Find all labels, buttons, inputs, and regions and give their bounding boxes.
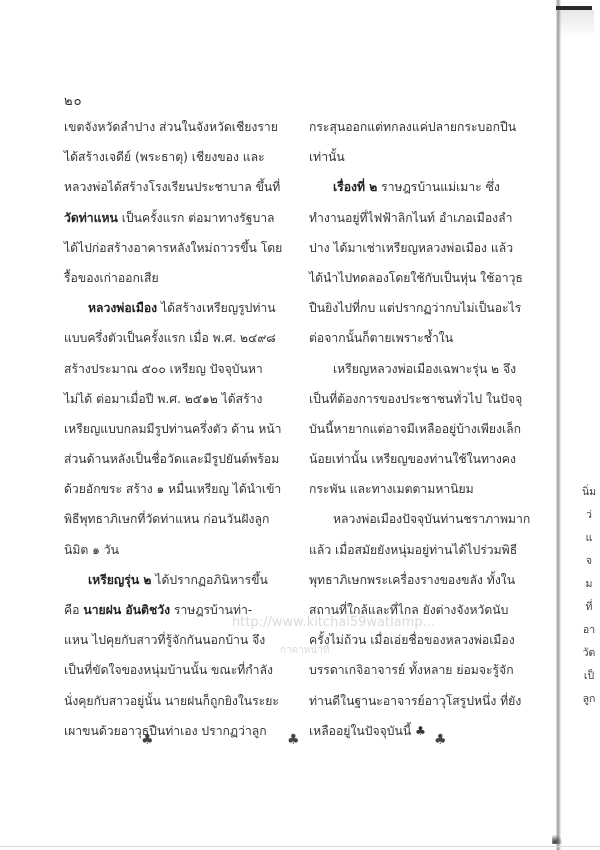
line-text: เหรียญแบบกลมมีรูปท่านครึ่งตัว ด้าน หน้า	[64, 422, 281, 436]
line-text: กระพัน และทางเมตตามหานิยม	[309, 482, 474, 496]
text-line: แล้ว เมื่อสมัยยังหนุ่มอยู่ท่านได้ไปร่วมพ…	[309, 535, 541, 565]
line-text: เขตจังหวัดลำปาง ส่วนในจังหวัดเชียงราย	[64, 120, 278, 134]
page-corner-shadow	[558, 10, 594, 38]
text-line: เหรียญรุ่น ๒ ได้ปรากฏอภินิหารขึ้น	[64, 565, 296, 595]
line-text: ได้ปรากฏอภินิหารขึ้น	[151, 573, 267, 587]
line-text: พุทธาภิเษกพระเครื่องรางของขลัง ทั้งใน	[309, 573, 515, 587]
right-column: กระสุนออกแต่ทกลงแค่ปลายกระบอกปืนเท่านั้น…	[309, 112, 541, 746]
watermark-caption: กาดาหน้าที่	[280, 643, 329, 658]
text-line: เผาขนด้วยอาวุธปืนท่าเอง ปรากฏว่าลูก	[64, 716, 296, 746]
line-text: เท่านั้น	[309, 150, 345, 164]
margin-fragment: ว่	[579, 506, 599, 529]
line-text: ราษฎรบ้านแม่เมาะ ซึ่ง	[377, 180, 500, 194]
text-line: หลวงพ่อได้สร้างโรงเรียนประชาบาล ขึ้นที่	[64, 172, 296, 202]
club-ornament-left: ♣	[141, 732, 154, 748]
line-text: ได้สร้างเหรียญรูปท่าน	[157, 301, 275, 315]
line-text: บันนี้หายากแต่อาจมีเหลืออยู่บ้างเพียงเล็…	[309, 422, 521, 436]
line-text: นิมิต ๑ วัน	[64, 543, 119, 557]
text-line: เหลืออยู่ในปัจจุบันนี้ ♣	[309, 716, 541, 746]
text-line: นั่งคุยกับสาวอยู่นั้น นายฝนก็ถูกยิงในระย…	[64, 686, 296, 716]
line-text: ได้ไปก่อสร้างอาคารหลังใหม่ถาวรขึ้น โดย	[64, 241, 282, 255]
text-line: พุทธาภิเษกพระเครื่องรางของขลัง ทั้งใน	[309, 565, 541, 595]
text-line: ทำงานอยู่ที่ไฟฟ้าลิกไนท์ อำเภอเมืองลำ	[309, 203, 541, 233]
line-text: แหน ไปคุยกับสาวที่รู้จักกันนอกบ้าน จึง	[64, 633, 265, 647]
text-line: นิมิต ๑ วัน	[64, 535, 296, 565]
text-line: แบบครึ่งตัวเป็นครั้งแรก เมื่อ พ.ศ. ๒๔๙๘	[64, 323, 296, 353]
text-line: พิธีพุทธาภิเษกที่วัดท่าแหน ก่อนวันฝังลูก	[64, 504, 296, 534]
text-line: ปืนยิงไปที่กบ แต่ปรากฏว่ากบไม่เป็นอะไร	[309, 293, 541, 323]
line-text: ปืนยิงไปที่กบ แต่ปรากฏว่ากบไม่เป็นอะไร	[309, 301, 521, 315]
margin-fragment: ลูก	[579, 690, 599, 713]
text-line: ด้วยอักขระ สร้าง ๑ หมื่นเหรียญ ได้นำเข้า	[64, 474, 296, 504]
margin-fragment: แ	[579, 529, 599, 552]
line-text: ต่อจากนั้นก็ตายเพราะช้ำใน	[309, 331, 453, 345]
line-text: เป็นครั้งแรก ต่อมาทางรัฐบาล	[118, 211, 275, 225]
line-text: ไม่ได้ ต่อมาเมื่อปี พ.ศ. ๒๕๑๒ ได้สร้าง	[64, 392, 262, 406]
text-line: เหรียญแบบกลมมีรูปท่านครึ่งตัว ด้าน หน้า	[64, 414, 296, 444]
page-binding-edge	[556, 0, 561, 850]
line-text: กระสุนออกแต่ทกลงแค่ปลายกระบอกปืน	[309, 120, 516, 134]
bold-name: นายฝน อันติชวัง	[83, 603, 170, 617]
club-ornament-center: ♣	[287, 732, 300, 748]
text-line: ไม่ได้ ต่อมาเมื่อปี พ.ศ. ๒๕๑๒ ได้สร้าง	[64, 384, 296, 414]
text-line: บันนี้หายากแต่อาจมีเหลืออยู่บ้างเพียงเล็…	[309, 414, 541, 444]
text-line: ได้นำไปทดลองโดยใช้กับเป็นหุ่น ใช้อาวุธ	[309, 263, 541, 293]
bold-term: หลวงพ่อเมือง	[88, 301, 157, 315]
line-text: ส่วนด้านหลังเป็นชื่อวัดและมีรูปยันต์พร้อ…	[64, 452, 279, 466]
page-bottom-edge	[0, 846, 600, 847]
bold-term: เหรียญรุ่น ๒	[88, 573, 151, 587]
line-text: บรรดาเกจิอาจารย์ ทั้งหลาย ย่อมจะรู้จัก	[309, 663, 514, 677]
line-text: แบบครึ่งตัวเป็นครั้งแรก เมื่อ พ.ศ. ๒๔๙๘	[64, 331, 276, 345]
line-text: นั่งคุยกับสาวอยู่นั้น นายฝนก็ถูกยิงในระย…	[64, 694, 279, 708]
line-text: รื้อของเก่าออกเสีย	[64, 271, 159, 285]
line-text: สร้างประมาณ ๕๐๐ เหรียญ ปัจจุบันหา	[64, 362, 263, 376]
margin-fragment: เป็	[579, 667, 599, 690]
line-text: ได้นำไปทดลองโดยใช้กับเป็นหุ่น ใช้อาวุธ	[309, 271, 523, 285]
next-page-margin-text: นิ่มว่แจมที่อาวัดเป็ลูก	[579, 483, 599, 713]
scanned-page: ๒๐ เขตจังหวัดลำปาง ส่วนในจังหวัดเชียงราย…	[0, 0, 600, 850]
line-text: ปาง ได้มาเช่าเหรียญหลวงพ่อเมือง แล้ว	[309, 241, 513, 255]
page-foot-shadow	[552, 834, 562, 844]
text-line: รื้อของเก่าออกเสีย	[64, 263, 296, 293]
club-ornament-right: ♣	[434, 732, 447, 748]
bold-term: เรื่องที่ ๒	[333, 180, 377, 194]
margin-fragment: ที่	[579, 598, 599, 621]
line-text: หลวงพ่อเมืองปัจจุบันท่านชราภาพมาก	[333, 512, 530, 526]
text-line: ท่านดีในฐานะอาจารย์อาวุโสรูปหนึ่ง ที่ยัง	[309, 686, 541, 716]
text-line: เขตจังหวัดลำปาง ส่วนในจังหวัดเชียงราย	[64, 112, 296, 142]
line-text: แล้ว เมื่อสมัยยังหนุ่มอยู่ท่านได้ไปร่วมพ…	[309, 543, 517, 557]
text-line: ได้ไปก่อสร้างอาคารหลังใหม่ถาวรขึ้น โดย	[64, 233, 296, 263]
bold-term: วัดท่าแหน	[64, 211, 118, 225]
page-number: ๒๐	[64, 90, 83, 111]
margin-fragment: นิ่ม	[579, 483, 599, 506]
text-line: หลวงพ่อเมือง ได้สร้างเหรียญรูปท่าน	[64, 293, 296, 323]
text-line: วัดท่าแหน เป็นครั้งแรก ต่อมาทางรัฐบาล	[64, 203, 296, 233]
text-line: ปาง ได้มาเช่าเหรียญหลวงพ่อเมือง แล้ว	[309, 233, 541, 263]
line-text: น้อยเท่านั้น เหรียญของท่านใช้ในทางคง	[309, 452, 516, 466]
line-text: เป็นที่ต้องการของประชาชนทั่วไป ในปัจจุ	[309, 392, 522, 406]
line-text: คือ	[64, 603, 83, 617]
text-line: กระพัน และทางเมตตามหานิยม	[309, 474, 541, 504]
text-line: เท่านั้น	[309, 142, 541, 172]
margin-fragment: ม	[579, 575, 599, 598]
text-line: เป็นที่ขัดใจของหนุ่มบ้านนั้น ขณะที่กำลัง	[64, 655, 296, 685]
watermark-url: http://www.kitchai59watlamp...	[232, 615, 435, 630]
line-text: เหลืออยู่ในปัจจุบันนี้ ♣	[309, 724, 426, 738]
text-line: ต่อจากนั้นก็ตายเพราะช้ำใน	[309, 323, 541, 353]
text-line: ส่วนด้านหลังเป็นชื่อวัดและมีรูปยันต์พร้อ…	[64, 444, 296, 474]
line-text: เผาขนด้วยอาวุธปืนท่าเอง ปรากฏว่าลูก	[64, 724, 267, 738]
text-line: เรื่องที่ ๒ ราษฎรบ้านแม่เมาะ ซึ่ง	[309, 172, 541, 202]
line-text: เหรียญหลวงพ่อเมืองเฉพาะรุ่น ๒ จึง	[333, 362, 516, 376]
text-line: น้อยเท่านั้น เหรียญของท่านใช้ในทางคง	[309, 444, 541, 474]
text-line: กระสุนออกแต่ทกลงแค่ปลายกระบอกปืน	[309, 112, 541, 142]
text-line: สร้างประมาณ ๕๐๐ เหรียญ ปัจจุบันหา	[64, 354, 296, 384]
margin-fragment: จ	[579, 552, 599, 575]
text-line: เหรียญหลวงพ่อเมืองเฉพาะรุ่น ๒ จึง	[309, 354, 541, 384]
line-text: ครั้งไม่ถ้วน เมื่อเอ่ยชื่อของหลวงพ่อเมือ…	[309, 633, 515, 647]
margin-fragment: อา	[579, 621, 599, 644]
line-text: หลวงพ่อได้สร้างโรงเรียนประชาบาล ขึ้นที่	[64, 180, 280, 194]
margin-fragment: วัด	[579, 644, 599, 667]
text-line: บรรดาเกจิอาจารย์ ทั้งหลาย ย่อมจะรู้จัก	[309, 655, 541, 685]
text-line: ได้สร้างเจดีย์ (พระธาตุ) เชียงของ และ	[64, 142, 296, 172]
line-text: พิธีพุทธาภิเษกที่วัดท่าแหน ก่อนวันฝังลูก	[64, 512, 269, 526]
line-text: เป็นที่ขัดใจของหนุ่มบ้านนั้น ขณะที่กำลัง	[64, 663, 273, 677]
line-text: ด้วยอักขระ สร้าง ๑ หมื่นเหรียญ ได้นำเข้า	[64, 482, 281, 496]
line-text: ทำงานอยู่ที่ไฟฟ้าลิกไนท์ อำเภอเมืองลำ	[309, 211, 512, 225]
text-line: หลวงพ่อเมืองปัจจุบันท่านชราภาพมาก	[309, 504, 541, 534]
line-text: ได้สร้างเจดีย์ (พระธาตุ) เชียงของ และ	[64, 150, 265, 164]
line-text: ท่านดีในฐานะอาจารย์อาวุโสรูปหนึ่ง ที่ยัง	[309, 694, 521, 708]
left-column: เขตจังหวัดลำปาง ส่วนในจังหวัดเชียงรายได้…	[64, 112, 296, 746]
text-line: เป็นที่ต้องการของประชาชนทั่วไป ในปัจจุ	[309, 384, 541, 414]
